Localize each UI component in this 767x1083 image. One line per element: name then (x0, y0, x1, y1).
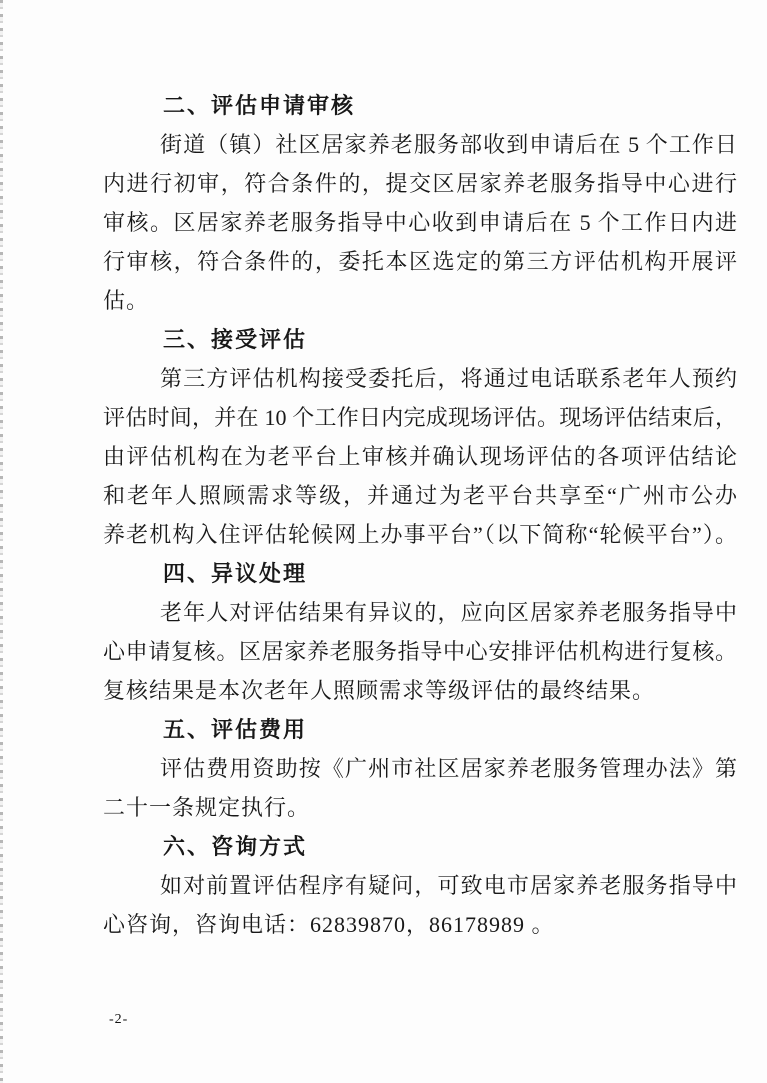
text-line: 老年人对评估结果有异议的，应向区居家养老服务指导中 (103, 593, 737, 632)
section-heading: 四、异议处理 (103, 554, 737, 593)
scan-edge-artifact (0, 0, 3, 1083)
text-line: 如对前置评估程序有疑问，可致电市居家养老服务指导中 (103, 866, 737, 905)
text-line: 行审核，符合条件的，委托本区选定的第三方评估机构开展评 (103, 242, 737, 281)
text-line: 心申请复核。区居家养老服务指导中心安排评估机构进行复核。 (103, 632, 737, 671)
text-line: 二十一条规定执行。 (103, 788, 737, 827)
text-line: 评估时间，并在 10 个工作日内完成现场评估。现场评估结束后， (103, 398, 737, 437)
section-heading: 二、评估申请审核 (103, 86, 737, 125)
section-heading: 五、评估费用 (103, 710, 737, 749)
text-line: 第三方评估机构接受委托后，将通过电话联系老年人预约 (103, 359, 737, 398)
text-line: 评估费用资助按《广州市社区居家养老服务管理办法》第 (103, 749, 737, 788)
text-line: 由评估机构在为老平台上审核并确认现场评估的各项评估结论 (103, 437, 737, 476)
text-line: 估。 (103, 281, 737, 320)
scanned-document-page: 二、评估申请审核街道（镇）社区居家养老服务部收到申请后在 5 个工作日内进行初审… (0, 0, 767, 1083)
text-line: 街道（镇）社区居家养老服务部收到申请后在 5 个工作日 (103, 125, 737, 164)
text-line: 内进行初审，符合条件的，提交区居家养老服务指导中心进行 (103, 164, 737, 203)
section-heading: 三、接受评估 (103, 320, 737, 359)
text-line: 养老机构入住评估轮候网上办事平台”（以下简称“轮候平台”）。 (103, 515, 737, 554)
document-body: 二、评估申请审核街道（镇）社区居家养老服务部收到申请后在 5 个工作日内进行初审… (103, 86, 737, 944)
text-line: 审核。区居家养老服务指导中心收到申请后在 5 个工作日内进 (103, 203, 737, 242)
text-line: 心咨询，咨询电话：62839870，86178989 。 (103, 905, 737, 944)
section-heading: 六、咨询方式 (103, 827, 737, 866)
page-number: -2- (109, 1012, 128, 1028)
text-line: 复核结果是本次老年人照顾需求等级评估的最终结果。 (103, 671, 737, 710)
text-line: 和老年人照顾需求等级，并通过为老平台共享至“广州市公办 (103, 476, 737, 515)
